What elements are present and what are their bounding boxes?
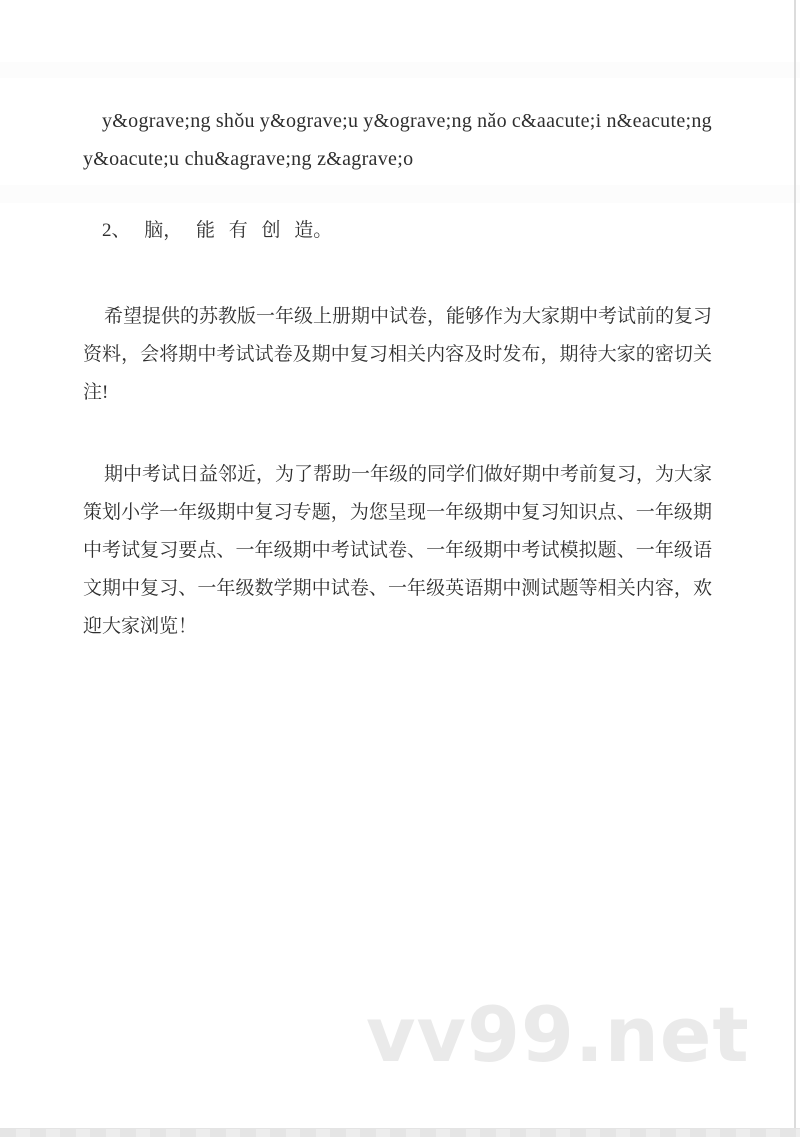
- pinyin-word: y&ograve;ng: [102, 102, 211, 140]
- document-page: y&ograve;ng shǒu y&ograve;u y&ograve;ng …: [0, 0, 800, 1137]
- pinyin-word: y&ograve;ng: [363, 102, 472, 140]
- paragraph-line: 迎大家浏览！: [83, 608, 712, 646]
- paragraph-1: 希望提供的苏教版一年级上册期中试卷，能够作为大家期中考试前的复习 资料，会将期中…: [83, 298, 712, 412]
- paragraph-line: 注!: [83, 374, 712, 412]
- pinyin-line-2: y&oacute;u chu&agrave;ng z&agrave;o: [83, 140, 712, 178]
- paragraph-line: 资料，会将期中考试试卷及期中复习相关内容及时发布，期待大家的密切关: [83, 336, 712, 374]
- paragraph-line: 期中考试日益邻近，为了帮助一年级的同学们做好期中考前复习，为大家: [83, 456, 712, 494]
- page-bottom-strip: [0, 1128, 800, 1137]
- paragraph-line: 策划小学一年级期中复习专题，为您呈现一年级期中复习知识点、一年级期: [83, 494, 712, 532]
- pinyin-word: c&aacute;i: [512, 102, 602, 140]
- pinyin-word: y&ograve;u: [260, 102, 359, 140]
- paragraph-line: 中考试复习要点、一年级期中考试试卷、一年级期中考试模拟题、一年级语: [83, 532, 712, 570]
- pinyin-word: shǒu: [216, 102, 255, 140]
- pinyin-word: n&eacute;ng: [606, 102, 711, 140]
- list-item-2: 2、 脑， 能 有 创 造。: [83, 212, 712, 250]
- watermark: vv99.net: [366, 997, 750, 1073]
- paragraph-line: 希望提供的苏教版一年级上册期中试卷，能够作为大家期中考试前的复习: [83, 298, 712, 336]
- pinyin-word: nǎo: [477, 102, 507, 140]
- paragraph-2: 期中考试日益邻近，为了帮助一年级的同学们做好期中考前复习，为大家 策划小学一年级…: [83, 456, 712, 646]
- page-right-border: [794, 0, 796, 1128]
- paragraph-line: 文期中复习、一年级数学期中试卷、一年级英语期中测试题等相关内容，欢: [83, 570, 712, 608]
- document-content: y&ograve;ng shǒu y&ograve;u y&ograve;ng …: [0, 0, 800, 646]
- pinyin-line-1: y&ograve;ng shǒu y&ograve;u y&ograve;ng …: [83, 102, 712, 140]
